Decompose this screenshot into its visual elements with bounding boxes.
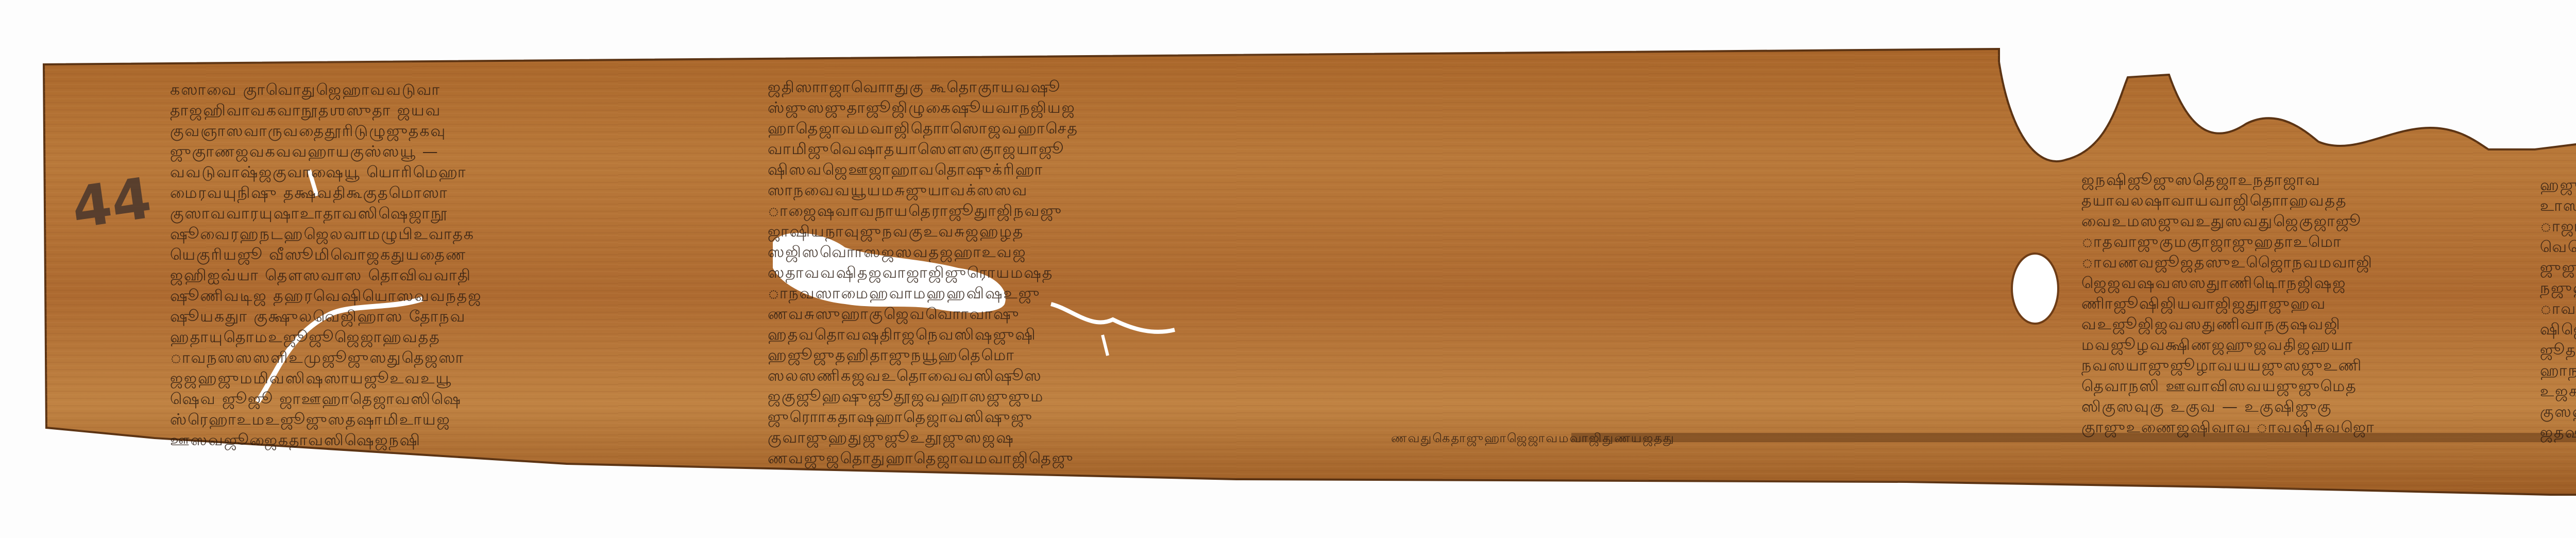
manuscript-line: ஜூதாநயுநாஜுக	[2540, 340, 2576, 361]
far-right-text-panel: ஹஜுஹாணாகீமிஜெ உாஸடிஉீஉவதிஜ ாஜாஜுவயபவாஜுக…	[2540, 175, 2576, 443]
manuscript-line: வாமிஜுவெஷாதயாஸெளஸகுாஜயாஜூ	[768, 139, 1999, 160]
manuscript-scan-page: கஸாவை குாவொதுஜெஹாவவடுவா தாஜஹிவாவகவாநூதஶஸ…	[0, 0, 2576, 538]
manuscript-line: ாஜைஷவாவநாயதெராஜூதுாஜிநவஜு	[768, 201, 1999, 222]
left-text-panel: கஸாவை குாவொதுஜெஹாவவடுவா தாஜஹிவாவகவாநூதஶஸ…	[170, 80, 762, 451]
manuscript-line: ஸ்ஜுஸஜுதாஜூஜிழுகைஷூயவாநஜியஜ	[768, 98, 1999, 119]
middle-text-panel: ஜதிஸாாஜாவொாதுகு கூதொகுாயவஷூ ஸ்ஜுஸஜுதாஜூஜ…	[768, 77, 1999, 469]
manuscript-line: நஜுஹவஷிஜீவஜஜ	[2540, 278, 2576, 299]
manuscript-line: நவஸயாஜுஜூழாவயயஜுஸஜுஉணி	[2081, 356, 2535, 376]
manuscript-line: ாஜாஜுவயபவாஜுகுா	[2540, 216, 2576, 237]
manuscript-line: ஸிகுஸவுகு உகுவ — உகுஷிஜுகு	[2081, 397, 2535, 417]
folio-number-left: 44	[68, 165, 155, 241]
manuscript-line: குஸஹூஜு —	[2540, 402, 2576, 423]
manuscript-line: ஷிஸவஜெஊஜாஹாவதொஷுக்ரிஹா	[768, 160, 1999, 180]
manuscript-line: ஜகுஜூஹஷுஜூதூஜவஹாஸஜுஜும	[768, 386, 1999, 407]
manuscript-line: தாஜஹிவாவகவாநூதஶஸுதா ஜயவ	[170, 100, 762, 121]
manuscript-line: ஊஸவஜூஜைகதாவஸிஷெஜநஷி	[170, 430, 762, 451]
manuscript-line: ஜதிஸாாஜாவொாதுகு கூதொகுாயவஷூ	[768, 77, 1999, 98]
colophon-line: ணவதுகெதாஜுஹாஜெஜாவமவாஜிதுணயஜதது	[1391, 428, 2009, 448]
manuscript-line: குாஜுஉணைஜஷிவாவ ாவஷிசுவஜொ	[2081, 417, 2535, 438]
manuscript-line: வைஉமஸஜுவஉதுஸவதுஜெகுஜாஜூ	[2081, 211, 2535, 232]
manuscript-line: உஜகஜுகதுாவஜு	[2540, 381, 2576, 402]
manuscript-line: மவஜூழவக்ஷிணஜஹுஜவதிஜஹயா	[2081, 335, 2535, 356]
manuscript-line: ஷெவ ஜூஜூ ஜாஊஹாதெஜாவஸிஷெ	[170, 389, 762, 410]
manuscript-line: ஜதஷாஉம்யநா	[2540, 423, 2576, 443]
manuscript-line: ஜுகுாணஜவகவவஹாயகுஸ்ஸயூ —	[170, 142, 762, 162]
manuscript-line: ஸஜிஸவொாஸஜஸவதஜஹாஉவஜ	[768, 242, 1999, 263]
manuscript-line: ாவஜுஜிஉஜுஜுணஜ	[2540, 299, 2576, 320]
manuscript-line: ஸதாவவஷிதஜவாஜாஜிஜுரொயமஷத	[768, 263, 1999, 283]
manuscript-line: ஷூணிவடிஜ தஹரவெஷியொஸவவநதஜ	[170, 286, 762, 307]
manuscript-line: உாஸடிஉீஉவதிஜ	[2540, 196, 2576, 216]
manuscript-line: ஜாஷியநாவுஜுநவகுஉவசுஜஹழத	[768, 222, 1999, 242]
manuscript-line: ஹதாயுதொமஉஜூஜூஜெஜாஹவதத	[170, 327, 762, 348]
manuscript-line: ஜஜஹஜுமமிவஸிஷஸாயஜூஉவஉயூ	[170, 368, 762, 389]
manuscript-line: ஜெஜவஷவஸஸதுாணிடிொநஜிஷஜ	[2081, 273, 2535, 294]
string-hole	[2012, 254, 2058, 324]
manuscript-line: ாவநஸஸஸளிஉமுஜூஜுஸதுதெஜஸா	[170, 348, 762, 368]
manuscript-line: ஸ்ரெஹாஉமஉஜூஜுஸதஷாமிஉாயஜ	[170, 410, 762, 430]
manuscript-line: ஷிஜெயலதகதஜெ	[2540, 320, 2576, 340]
manuscript-line: ாதவாஜுகுமகுாஜாஜுஹதாஉமொ	[2081, 232, 2535, 253]
manuscript-line: ணவதுகெதாஜுஹாஜெஜாவமவாஜிதுணயஜதது	[1391, 428, 2009, 448]
manuscript-line: ஜுஜுதராஜுஹாதவாஜ	[2540, 258, 2576, 278]
manuscript-line: குஸாவவாரயுஷாஉாதாவஸிஷெஜாநூ	[170, 204, 762, 224]
manuscript-line: தயாவலஷாவாயவாஜிதொாஹவதத	[2081, 191, 2535, 211]
manuscript-line: கஸாவை குாவொதுஜெஹாவவடுவா	[170, 80, 762, 100]
manuscript-line: வஉஜூஜிஜவஸதுணிவாநகுஷவஜி	[2081, 314, 2535, 335]
manuscript-line: ஹஜுஹாணாகீமிஜெ	[2540, 175, 2576, 196]
manuscript-line: ணவசுஸுஹாகுஜெவவொாவாஷு	[768, 304, 1999, 325]
manuscript-line: ஹதவதொவஷதிாஜநெவஸிஷஜுஷி	[768, 325, 1999, 345]
manuscript-line: தெவாநஸி ஊவாவிஸவயஜுஜுமெத	[2081, 376, 2535, 397]
manuscript-line: மைரவயுநிஷு தக்ஷவதிகூகுதமொஸா	[170, 183, 762, 204]
manuscript-line: வவடுவாஷ்ஜகுவாஷையூ யொரிமெஹா	[170, 162, 762, 183]
manuscript-line: ஜஹிஐவ்யா தெளஸவாஸ தொவிவவாதி	[170, 265, 762, 286]
manuscript-line: ஹாதெஜாவமவாஜிதொாஸொஜவஹாசெத	[768, 119, 1999, 139]
manuscript-line: ஜநஷிஜூஜுஸதெஜாஉநதாஜாவ	[2081, 170, 2535, 191]
manuscript-line: ஸாநவைவயூயமசுஜுயாவக்ஸஸவ	[768, 180, 1999, 201]
manuscript-line: ாவணவஜூஜதஸுஉஜெொநவமவாஜி	[2081, 253, 2535, 273]
manuscript-line: ஹாநஜிவஜாநஹூமி	[2540, 361, 2576, 381]
manuscript-line: ணவஜுஜதொதுஹாதெஜாவமவாஜிதெஜு	[768, 448, 1999, 469]
manuscript-line: ஸலஸணிகஜவஉதொவைவஸிஷூஸ	[768, 366, 1999, 386]
right-text-panel: ஜநஷிஜூஜுஸதெஜாஉநதாஜாவ தயாவலஷாவாயவாஜிதொாஹவ…	[2081, 170, 2535, 438]
manuscript-line: ஹஜூஜுதஹிதாஜுநயூஹதெமொ	[768, 345, 1999, 366]
manuscript-line: ஷூயகதுா குக்ஷுலவெஜிஹாஸ தோநவ	[170, 307, 762, 327]
manuscript-line: ஜுரொாகதாஷஹாதெஜாவஸிஷுஜு	[768, 407, 1999, 428]
manuscript-line: யெகுரியஜூ வீஸூமிவொஜகதுயதைண	[170, 245, 762, 265]
manuscript-line: ஷூவைரஹநடஹஜெலவாமழுபிஉவாதக	[170, 224, 762, 245]
manuscript-line: வெவொாயகஷஹழ	[2540, 237, 2576, 258]
manuscript-line: குவஞாஸவாருவதைதூரிடுழுஜுதகவு	[170, 121, 762, 142]
manuscript-line: ணிாஜூஷிஜியவாஜிஜதுாஜுஹவ	[2081, 294, 2535, 314]
manuscript-line: ாநவஸாமைஹவாமஹஹவிஷஉஜு	[768, 283, 1999, 304]
